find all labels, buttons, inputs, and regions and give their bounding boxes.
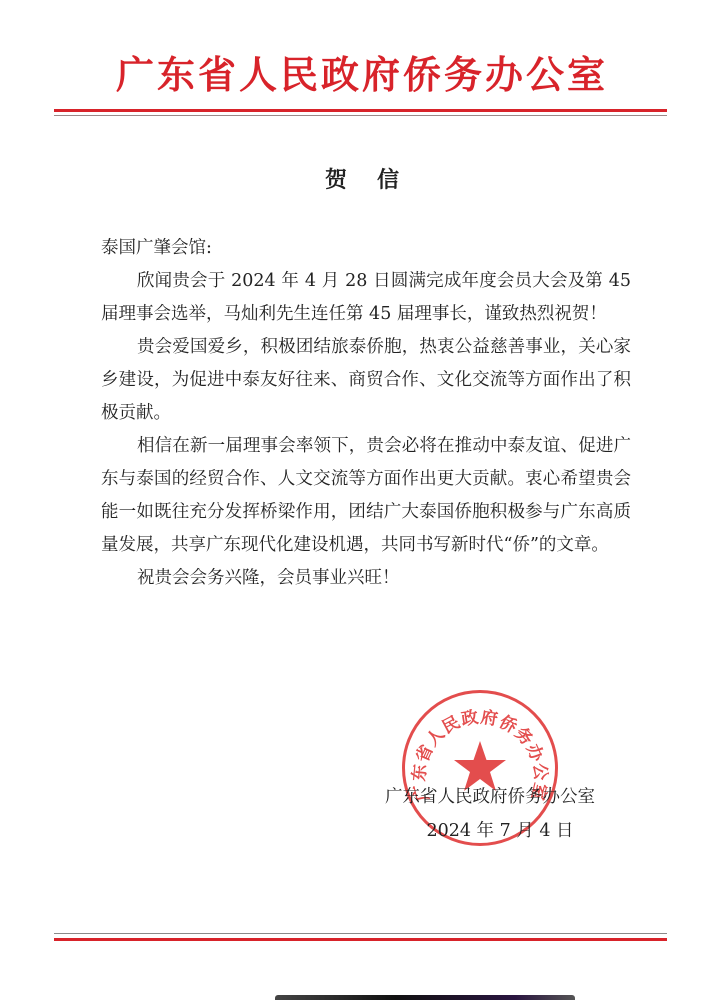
paragraph: 相信在新一届理事会率领下，贵会必将在推动中泰友谊、促进广东与泰国的经贸合作、人文… (101, 430, 631, 562)
salutation: 泰国广肇会馆: (101, 232, 631, 265)
letterhead-title: 广东省人民政府侨务办公室 (0, 44, 724, 99)
footer-gray-rule (54, 933, 667, 934)
signature-block: 广东省人民政府侨务办公室 2024 年 7 月 4 日 (340, 780, 640, 848)
letter-body: 泰国广肇会馆: 欣闻贵会于 2024 年 4 月 28 日圆满完成年度会员大会及… (101, 232, 631, 595)
document-title-char: 贺 (325, 163, 347, 194)
footer-red-rule (54, 938, 667, 941)
closing-wish: 祝贵会会务兴隆，会员事业兴旺！ (101, 562, 631, 595)
document-title: 贺信 (0, 163, 724, 194)
paragraph: 贵会爱国爱乡，积极团结旅泰侨胞，热衷公益慈善事业，关心家乡建设，为促进中泰友好往… (101, 331, 631, 430)
paragraph: 欣闻贵会于 2024 年 4 月 28 日圆满完成年度会员大会及第 45 届理事… (101, 265, 631, 331)
bottom-edge-artifact (275, 995, 575, 1000)
signature-date: 2024 年 7 月 4 日 (340, 814, 640, 848)
letterhead-gray-rule (54, 115, 667, 116)
letterhead-red-rule (54, 109, 667, 112)
document-title-char: 信 (377, 163, 399, 194)
signature-organization: 广东省人民政府侨务办公室 (340, 780, 640, 814)
